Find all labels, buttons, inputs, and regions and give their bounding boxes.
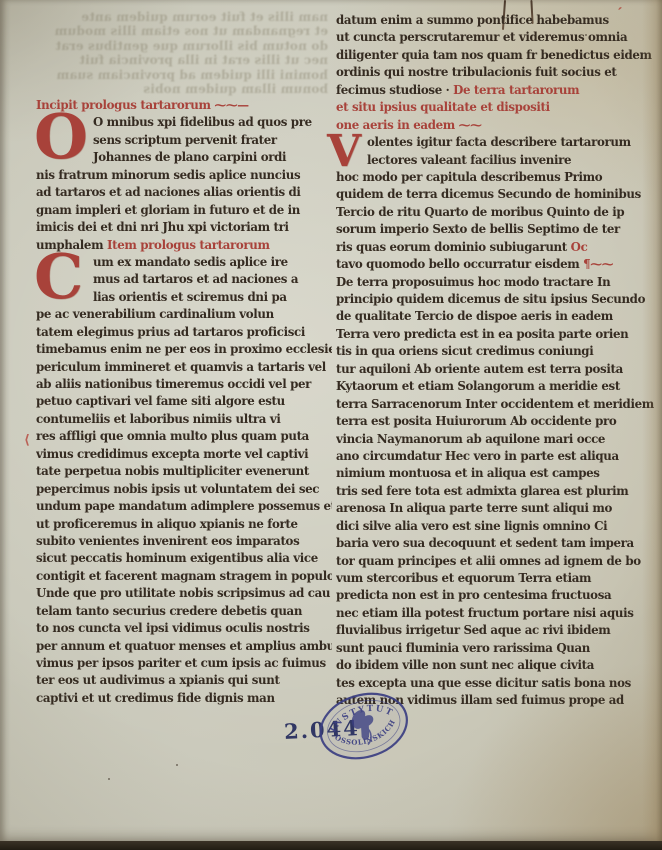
- text-line: vimus credidimus excepta morte vel capti…: [36, 446, 332, 463]
- text-line: de qualitate Tercio de dispoe aeris in e…: [336, 308, 654, 325]
- text-line: datum enim a summo pontifice habebamus: [336, 12, 654, 29]
- body-text: tatem elegimus prius ad tartaros profici…: [36, 325, 305, 339]
- text-line: res affligi que omnia multo plus quam pu…: [36, 428, 332, 445]
- ink-speck: [176, 764, 178, 766]
- body-text: sorum imperio Sexto de bellis Septimo de…: [336, 222, 620, 236]
- body-text: petuo captivari vel fame siti algore est…: [36, 394, 285, 408]
- illuminated-initial-C: C: [34, 247, 83, 307]
- text-line: vimus per ipsos pariter et cum ipsis ac …: [36, 655, 332, 672]
- text-line: vincia Naymanorum ab aquilone mari occe: [336, 431, 654, 448]
- body-text: lectores valeant facilius invenire: [367, 153, 571, 167]
- text-line: telam tanto securius credere debetis qua…: [36, 603, 332, 620]
- text-line: timebamus enim ne per eos in proximo ecc…: [36, 341, 332, 358]
- text-line: nec etiam illa potest fructum portare ni…: [336, 605, 654, 622]
- show-through-line: nam illis et fuit eorum quidem ante: [34, 10, 328, 24]
- body-text: tris sed fere tota est admixta glarea es…: [336, 484, 628, 498]
- body-text: vum stercoribus et equorum Terra etiam: [336, 571, 591, 585]
- text-line: fluvialibus irrigetur Sed aque ac rivi i…: [336, 622, 654, 639]
- body-text: principio quidem dicemus de situ ipsius …: [336, 292, 645, 306]
- rubric-text: et situ ipsius qualitate et dispositi: [336, 100, 550, 114]
- show-through-line: nec ut illis erat in illa provincia fuit: [34, 53, 328, 67]
- body-text: sunt pauci fluminia vero rarissima Quan: [336, 641, 590, 655]
- body-text: timebamus enim ne per eos in proximo ecc…: [36, 342, 332, 356]
- show-through-line: do notum bis illorum que gentibus erat: [34, 39, 328, 53]
- text-line: petuo captivari vel fame siti algore est…: [36, 393, 332, 410]
- text-line: ter eos ut audivimus a xpianis qui sunt: [36, 672, 332, 689]
- text-line: tris sed fere tota est admixta glarea es…: [336, 483, 654, 500]
- body-text: mus ad tartaros et ad naciones a: [93, 272, 298, 286]
- text-line: De terra proposuimus hoc modo tractare I…: [336, 274, 654, 291]
- body-text: tur aquiloni Ab oriente autem est terra …: [336, 362, 623, 376]
- body-text: ut proficeremus in aliquo xpianis ne for…: [36, 517, 298, 531]
- body-text: sens scriptum pervenit frater: [93, 133, 277, 147]
- body-text: contumeliis et laboribus nimiis ultra vi: [36, 412, 280, 426]
- text-line: ut proficeremus in aliquo xpianis ne for…: [36, 516, 332, 533]
- show-through-line: homini illi quidem ad provinciam suam: [34, 68, 328, 82]
- text-line: contumeliis et laboribus nimiis ultra vi: [36, 411, 332, 428]
- show-through-line: et regnandam ut nos etiam illis modum: [34, 24, 328, 38]
- manuscript-photo: { "document": { "shelfmark": "2.044", "f…: [0, 0, 662, 850]
- body-text: subito venientes invenirent eos imparato…: [36, 534, 299, 548]
- text-line: olentes igitur facta describere tartaror…: [336, 134, 654, 151]
- text-line: ano circumdatur Hec vero in parte est al…: [336, 448, 654, 465]
- body-text: olentes igitur facta describere tartaror…: [367, 135, 631, 149]
- body-text: vincia Naymanorum ab aquilone mari occe: [336, 432, 605, 446]
- body-text: per annum et quatuor menses et amplius a…: [36, 639, 332, 653]
- text-line: ordinis qui nostre tribulacionis fuit so…: [336, 64, 654, 81]
- body-text: nec etiam illa potest fructum portare ni…: [336, 606, 634, 620]
- text-line: tate perpetua nobis multipliciter evener…: [36, 463, 332, 480]
- body-text: vimus per ipsos pariter et cum ipsis ac …: [36, 656, 326, 670]
- text-line: lectores valeant facilius invenire: [336, 152, 654, 169]
- text-line: tis in qua oriens sicut credimus coniung…: [336, 343, 654, 360]
- text-line: undum pape mandatum adimplere possemus e…: [36, 498, 332, 515]
- ink-speck: [585, 34, 587, 36]
- body-text: terra Sarracenorum Inter occidentem et m…: [336, 397, 654, 411]
- rubric-text: ¶⁓⁓: [583, 257, 613, 271]
- text-line: captivi et ut credimus fide dignis man: [36, 690, 332, 707]
- margin-mark: ⟨: [24, 433, 30, 448]
- right-text-column: datum enim a summo pontifice habebamusut…: [336, 12, 654, 710]
- text-line: tur aquiloni Ab oriente autem est terra …: [336, 361, 654, 378]
- body-text: ut cuncta perscrutaremur et videremus om…: [336, 30, 627, 44]
- body-text: to nos cuncta vel ipsi vidimus oculis no…: [36, 621, 310, 635]
- text-line: hoc modo per capitula describemus Primo: [336, 169, 654, 186]
- body-text: ordinis qui nostre tribulacionis fuit so…: [336, 65, 617, 79]
- text-line: ad tartaros et ad naciones alias orienti…: [36, 184, 332, 201]
- text-line: fecimus studiose · De terra tartarorum: [336, 82, 654, 99]
- rubric-text: Oc: [571, 240, 588, 254]
- body-text: imicis dei et dni nri Jhu xpi victoriam …: [36, 220, 289, 234]
- body-text: contigit et facerent magnam stragem in p…: [36, 569, 332, 583]
- text-line: imicis dei et dni nri Jhu xpi victoriam …: [36, 219, 332, 236]
- text-line: sorum imperio Sexto de bellis Septimo de…: [336, 221, 654, 238]
- body-text: fluvialibus irrigetur Sed aque ac rivi i…: [336, 623, 610, 637]
- body-text: undum pape mandatum adimplere possemus e…: [36, 499, 332, 513]
- body-text: periculum immineret et quamvis a tartari…: [36, 360, 326, 374]
- text-line: tavo quomodo bello occurratur eisdem ¶⁓⁓: [336, 256, 654, 273]
- body-text: captivi et ut credimus fide dignis man: [36, 691, 275, 705]
- body-text: lias orientis et sciremus dni pa: [93, 290, 287, 304]
- body-text: tis in qua oriens sicut credimus coniung…: [336, 344, 593, 358]
- illuminated-initial-V: V: [327, 129, 361, 175]
- ink-speck: [108, 778, 110, 780]
- body-text: sicut peccatis hominum exigentibus alia …: [36, 551, 318, 565]
- text-line: predicta non est in pro centesima fructu…: [336, 587, 654, 604]
- text-line: terra est posita Huiurorum Ab occidente …: [336, 413, 654, 430]
- body-text: arenosa In aliqua parte terre sunt aliqu…: [336, 501, 612, 515]
- text-line: ab aliis nationibus timeremus occidi vel…: [36, 376, 332, 393]
- body-text: Johannes de plano carpini ordi: [93, 150, 286, 164]
- photo-background-edge: [0, 841, 662, 850]
- body-text: vimus credidimus excepta morte vel capti…: [36, 447, 308, 461]
- body-text: baria vero sua decoquunt et sedent tam i…: [336, 536, 634, 550]
- body-text: gnam impleri et gloriam in futuro et de …: [36, 203, 300, 217]
- text-line: ris quas eorum dominio subiugarunt Oc: [336, 239, 654, 256]
- rubric-text: Item prologus tartarorum: [107, 238, 270, 252]
- body-text: nimium montuosa et in aliqua est campes: [336, 466, 600, 480]
- text-line: subito venientes invenirent eos imparato…: [36, 533, 332, 550]
- body-text: terra est posita Huiurorum Ab occidente …: [336, 414, 616, 428]
- text-line: contigit et facerent magnam stragem in p…: [36, 568, 332, 585]
- body-text: dici silve alia vero est sine lignis omn…: [336, 519, 607, 533]
- text-line: principio quidem dicemus de situ ipsius …: [336, 291, 654, 308]
- body-text: Tercio de ritu Quarto de moribus Quinto …: [336, 205, 624, 219]
- text-line: per annum et quatuor menses et amplius a…: [36, 638, 332, 655]
- body-text: datum enim a summo pontifice habebamus: [336, 13, 609, 27]
- body-text: O mnibus xpi fidelibus ad quos pre: [93, 115, 312, 129]
- body-text: de qualitate Tercio de dispoe aeris in e…: [336, 309, 613, 323]
- body-text: um ex mandato sedis aplice ire: [93, 255, 288, 269]
- body-text: res affligi que omnia multo plus quam pu…: [36, 429, 309, 443]
- text-line: one aeris in eadem ⁓⁓: [336, 117, 654, 134]
- body-text: De terra proposuimus hoc modo tractare I…: [336, 275, 610, 289]
- text-line: Kytaorum et etiam Solangorum a meridie e…: [336, 378, 654, 395]
- body-text: pepercimus nobis ipsis ut voluntatem dei…: [36, 482, 319, 496]
- body-text: tavo quomodo bello occurratur eisdem: [336, 257, 583, 271]
- text-line: pepercimus nobis ipsis ut voluntatem dei…: [36, 481, 332, 498]
- show-through-text: nam illis et fuit eorum quidem anteet re…: [34, 10, 328, 96]
- text-line: do ibidem ville non sunt nec alique civi…: [336, 657, 654, 674]
- body-text: quidem de terra dicemus Secundo de homin…: [336, 187, 641, 201]
- body-text: ad tartaros et ad naciones alias orienti…: [36, 185, 301, 199]
- body-text: ano circumdatur Hec vero in parte est al…: [336, 449, 619, 463]
- body-text: Kytaorum et etiam Solangorum a meridie e…: [336, 379, 620, 393]
- body-text: tate perpetua nobis multipliciter evener…: [36, 464, 309, 478]
- body-text: ter eos ut audivimus a xpianis qui sunt: [36, 673, 280, 687]
- text-line: Tercio de ritu Quarto de moribus Quinto …: [336, 204, 654, 221]
- rubric-text: De terra tartarorum: [453, 83, 579, 97]
- body-text: ab aliis nationibus timeremus occidi vel…: [36, 377, 311, 391]
- show-through-line: bonum illam quidem nobis: [34, 82, 328, 96]
- text-line: arenosa In aliqua parte terre sunt aliqu…: [336, 500, 654, 517]
- text-line: tor quam principes et alii omnes ad igne…: [336, 553, 654, 570]
- text-line: Unde que pro utilitate nobis scripsimus …: [36, 585, 332, 602]
- body-text: do ibidem ville non sunt nec alique civi…: [336, 658, 594, 672]
- text-line: terra Sarracenorum Inter occidentem et m…: [336, 396, 654, 413]
- text-line: sicut peccatis hominum exigentibus alia …: [36, 550, 332, 567]
- body-text: Unde que pro utilitate nobis scripsimus …: [36, 586, 330, 600]
- manuscript-page: nam illis et fuit eorum quidem anteet re…: [0, 0, 662, 842]
- text-line: vum stercoribus et equorum Terra etiam: [336, 570, 654, 587]
- body-text: fecimus studiose ·: [336, 83, 453, 97]
- text-line: nimium montuosa et in aliqua est campes: [336, 465, 654, 482]
- left-text-column: Incipit prologus tartarorum ⁓⁓—O mnibus …: [36, 97, 332, 707]
- body-text: telam tanto securius credere debetis qua…: [36, 604, 302, 618]
- illuminated-initial-O: O: [34, 107, 88, 167]
- body-text: Terra vero predicta est in ea posita par…: [336, 327, 628, 341]
- text-line: dici silve alia vero est sine lignis omn…: [336, 518, 654, 535]
- body-text: ris quas eorum dominio subiugarunt: [336, 240, 571, 254]
- text-line: ut cuncta perscrutaremur et videremus om…: [336, 29, 654, 46]
- text-line: tatem elegimus prius ad tartaros profici…: [36, 324, 332, 341]
- body-text: predicta non est in pro centesima fructu…: [336, 588, 611, 602]
- text-line: gnam impleri et gloriam in futuro et de …: [36, 202, 332, 219]
- body-text: tor quam principes et alii omnes ad igne…: [336, 554, 641, 568]
- text-line: et situ ipsius qualitate et dispositi: [336, 99, 654, 116]
- body-text: diligenter quia tam nos quam fr benedict…: [336, 48, 652, 62]
- text-line: Terra vero predicta est in ea posita par…: [336, 326, 654, 343]
- text-line: baria vero sua decoquunt et sedent tam i…: [336, 535, 654, 552]
- text-line: periculum immineret et quamvis a tartari…: [36, 359, 332, 376]
- text-line: quidem de terra dicemus Secundo de homin…: [336, 186, 654, 203]
- text-line: to nos cuncta vel ipsi vidimus oculis no…: [36, 620, 332, 637]
- body-text: hoc modo per capitula describemus Primo: [336, 170, 602, 184]
- text-line: diligenter quia tam nos quam fr benedict…: [336, 47, 654, 64]
- text-line: sunt pauci fluminia vero rarissima Quan: [336, 640, 654, 657]
